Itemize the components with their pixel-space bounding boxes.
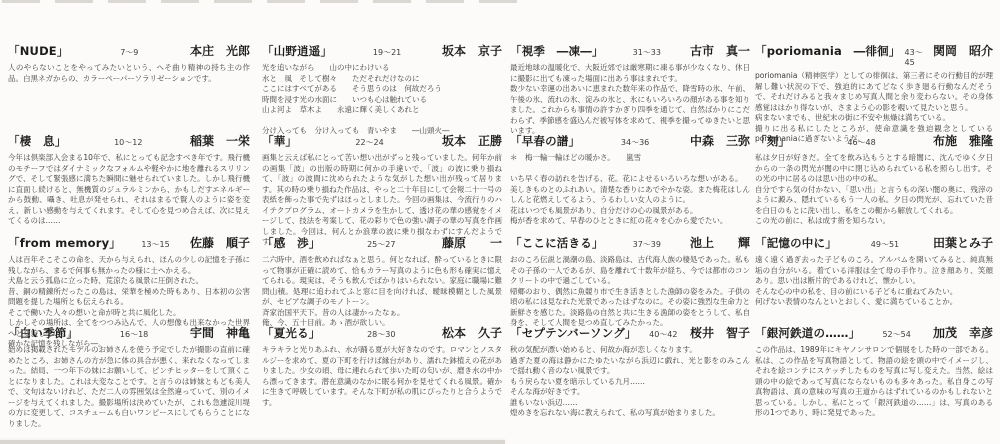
entry-title: 「poriomania ―徘徊」	[755, 43, 900, 59]
entry-author: 宇間 神亀	[190, 324, 250, 341]
entry-page-range: 31～33	[629, 47, 665, 58]
entry-header: 「棲 息」 10～12 稲葉 一栄	[8, 132, 250, 149]
toc-entry-kioku-no-naka-ni: 「記憶の中に」 49～51 田葉とみ子 遠く遠く過ぎ去った子どものころ。アルバム…	[755, 234, 993, 324]
toc-entry-soshun-no-fu: 「早春の譜」 34～36 中森 三弥 ＊ 梅一輪一輪ほどの暖かさ。 嵐雪 いち早…	[510, 132, 750, 234]
entry-title: 「セプテンバーソング」	[510, 325, 637, 341]
entry-page-range: 10～12	[110, 137, 146, 148]
entry-title: 「山野逍遥」	[262, 43, 332, 59]
entry-author: 松本 久子	[442, 324, 502, 341]
entry-body: 人のやらないことをやってみたいという、へそ曲り精神の持ち主の作品。白黒ネガからの…	[8, 63, 250, 84]
entry-page-range: 16～18	[116, 329, 152, 340]
entry-page-range: 49～51	[867, 239, 903, 250]
entry-page-range: 43～45	[900, 47, 933, 67]
entry-body: 今年は倶楽部入会まる10年で、私にとっても記念すべき年です。飛行機のモチーフでは…	[8, 153, 250, 227]
entry-header: 「華」 22～24 坂本 正勝	[262, 132, 502, 149]
entry-page-range: 46～48	[843, 137, 879, 148]
page-bottom-edge-artifact	[0, 440, 505, 444]
entry-page-range: 37～39	[629, 239, 665, 250]
entry-body: ＊ 梅一輪一輪ほどの暖かさ。 嵐雪 いち早く春の訪れを告げる、花。花によせるいろ…	[510, 153, 750, 227]
entry-author: 坂本 正勝	[442, 132, 502, 149]
entry-title: 「記憶の中に」	[755, 235, 837, 251]
entry-body: 始めは掲載されたモデルのお姉さんを使う予定でしたが撮影の直前に確めたところ、お姉…	[8, 345, 250, 429]
entry-body: キラキラと光りあふれ、水が踊る夏が大好きなのです。ロマンとノスタルジーを求めて、…	[262, 345, 502, 408]
entry-header: 「NUDE」 7～9 本庄 光郎	[8, 42, 250, 59]
entry-header: 「from memory」 13～15 佐藤 順子	[8, 234, 250, 251]
toc-entry-koko-ni-ikiru: 「ここに活きる」 37～39 池上 輝 おのころ伝説と渦潮の島、淡路島は、古代海…	[510, 234, 750, 324]
toc-entry-poriomania: 「poriomania ―徘徊」 43～45 関岡 昭介 poriomania（…	[755, 42, 993, 132]
entry-page-range: 25～27	[363, 239, 399, 250]
scanned-toc-page: 「NUDE」 7～9 本庄 光郎 人のやらないことをやってみたいという、へそ曲り…	[0, 0, 1000, 444]
entry-title: 「白い季節」	[8, 325, 78, 341]
entry-header: 「白い季節」 16～18 宇間 神亀	[8, 324, 250, 341]
entry-title: 「ここに活きる」	[510, 235, 604, 251]
entry-page-range: 34～36	[617, 137, 653, 148]
entry-title: 「感 渉」	[262, 235, 321, 251]
entry-page-range: 40～42	[645, 329, 681, 340]
entry-header: 「感 渉」 25～27 藤原 一	[262, 234, 502, 251]
column-1: 「NUDE」 7～9 本庄 光郎 人のやらないことをやってみたいという、へそ曲り…	[8, 0, 250, 429]
entry-title: 「夏光る」	[262, 325, 321, 341]
entry-header: 「銀河鉄道の……」 52～54 加茂 幸彦	[755, 324, 993, 341]
entry-page-range: 13～15	[137, 239, 173, 250]
entry-header: 「夏光る」 28～30 松本 久子	[262, 324, 502, 341]
entry-title: 「NUDE」	[8, 43, 69, 59]
entry-author: 桜井 智子	[690, 324, 750, 341]
entry-header: 「山野逍遥」 19～21 坂本 京子	[262, 42, 502, 59]
toc-entry-ginga-tetsudo: 「銀河鉄道の……」 52～54 加茂 幸彦 この作品は、1989年にキヤノンサロ…	[755, 324, 993, 419]
entry-header: 「視季 ―凍―」 31～33 古市 真一	[510, 42, 750, 59]
entry-title: 「銀河鉄道の……」	[755, 325, 860, 341]
entry-page-range: 28～30	[363, 329, 399, 340]
column-3: 「視季 ―凍―」 31～33 古市 真一 最近地球の温暖化で、大阪近郊では厳寒期…	[510, 0, 750, 419]
entry-body: 二六時中、酒を飲めればなぁと思う。何となれば、酔っているときに限って物事が正確に…	[262, 255, 502, 329]
toc-entry-natsu-hikaru: 「夏光る」 28～30 松本 久子 キラキラと光りあふれ、水が踊る夏が大好きなの…	[262, 324, 502, 408]
entry-page-range: 19～21	[369, 47, 405, 58]
toc-entry-seisoku: 「棲 息」 10～12 稲葉 一栄 今年は倶楽部入会まる10年で、私にとっても記…	[8, 132, 250, 234]
entry-header: 「poriomania ―徘徊」 43～45 関岡 昭介	[755, 42, 993, 67]
entry-page-range: 7～9	[116, 47, 142, 58]
entry-author: 関岡 昭介	[933, 42, 993, 59]
column-2: 「山野逍遥」 19～21 坂本 京子 光を追いながら 山の中にわけいる 水と 風…	[262, 0, 502, 408]
entry-body: おのころ伝説と渦潮の島、淡路島は、古代海人族の棲処であった。私もその子孫の一人で…	[510, 255, 750, 329]
entry-author: 加茂 幸彦	[933, 324, 993, 341]
entry-body: 最近地球の温暖化で、大阪近郊では厳寒期に凍る事が少なくなり、休日に撮影に出ても凍…	[510, 63, 750, 137]
entry-header: 「セプテンバーソング」 40～42 桜井 智子	[510, 324, 750, 341]
entry-title: 「視季 ―凍―」	[510, 43, 604, 59]
toc-entry-nude: 「NUDE」 7～9 本庄 光郎 人のやらないことをやってみたいという、へそ曲り…	[8, 42, 250, 132]
entry-author: 田葉とみ子	[933, 234, 993, 251]
toc-entry-hana: 「華」 22～24 坂本 正勝 画集と云えば私にとって苦い想い出がずっと残ってい…	[262, 132, 502, 234]
entry-header: 「刻」 46～48 布施 雅隆	[755, 132, 993, 149]
toc-entry-sanya-shoyo: 「山野逍遥」 19～21 坂本 京子 光を追いながら 山の中にわけいる 水と 風…	[262, 42, 502, 132]
entry-author: 池上 輝	[690, 234, 750, 251]
entry-title: 「早春の譜」	[510, 133, 580, 149]
entry-title: 「from memory」	[8, 235, 121, 251]
entry-title: 「華」	[262, 133, 297, 149]
entry-author: 本庄 光郎	[190, 42, 250, 59]
column-4: 「poriomania ―徘徊」 43～45 関岡 昭介 poriomania（…	[755, 0, 993, 419]
entry-page-range: 22～24	[351, 137, 387, 148]
toc-entry-september-song: 「セプテンバーソング」 40～42 桜井 智子 秋の気配が漂い始めると、何故か海…	[510, 324, 750, 419]
entry-author: 佐藤 順子	[190, 234, 250, 251]
entry-header: 「記憶の中に」 49～51 田葉とみ子	[755, 234, 993, 251]
entry-body: 私は夕日が好きだ。全てを飲み込もうとする暗闇に、沈んでゆく夕日からの一条の閃光が…	[755, 153, 993, 227]
entry-author: 中森 三弥	[690, 132, 750, 149]
entry-author: 稲葉 一栄	[190, 132, 250, 149]
toc-entry-shiroi-kisetsu: 「白い季節」 16～18 宇間 神亀 始めは掲載されたモデルのお姉さんを使う予定…	[8, 324, 250, 429]
entry-author: 古市 真一	[690, 42, 750, 59]
toc-entry-from-memory: 「from memory」 13～15 佐藤 順子 人は百年そこそこの命を、天か…	[8, 234, 250, 324]
entry-body: この作品は、1989年にキヤノンサロンで個展をした時の一部である。私は、この作品…	[755, 345, 993, 419]
entry-title: 「棲 息」	[8, 133, 67, 149]
entry-body: 遠く遠く過ぎ去った子どものころ。アルバムを開いてみると、純真無垢の自分がいる。着…	[755, 255, 993, 308]
toc-entry-shiki-itete: 「視季 ―凍―」 31～33 古市 真一 最近地球の温暖化で、大阪近郊では厳寒期…	[510, 42, 750, 132]
toc-entry-kansho: 「感 渉」 25～27 藤原 一 二六時中、酒を飲めればなぁと思う。何となれば、…	[262, 234, 502, 324]
entry-author: 藤原 一	[442, 234, 502, 251]
entry-title: 「刻」	[755, 133, 790, 149]
entry-body: 秋の気配が漂い始めると、何故か海が恋しくなります。 過ぎた夏の海は静かにたゆたい…	[510, 345, 750, 419]
entry-page-range: 52～54	[878, 329, 914, 340]
entry-header: 「早春の譜」 34～36 中森 三弥	[510, 132, 750, 149]
entry-author: 布施 雅隆	[933, 132, 993, 149]
entry-body: 光を追いながら 山の中にわけいる 水と 風 そして樹々 ただそれだけなのに ここ…	[262, 63, 502, 137]
entry-header: 「ここに活きる」 37～39 池上 輝	[510, 234, 750, 251]
toc-entry-toki: 「刻」 46～48 布施 雅隆 私は夕日が好きだ。全てを飲み込もうとする暗闇に、…	[755, 132, 993, 234]
entry-author: 坂本 京子	[442, 42, 502, 59]
